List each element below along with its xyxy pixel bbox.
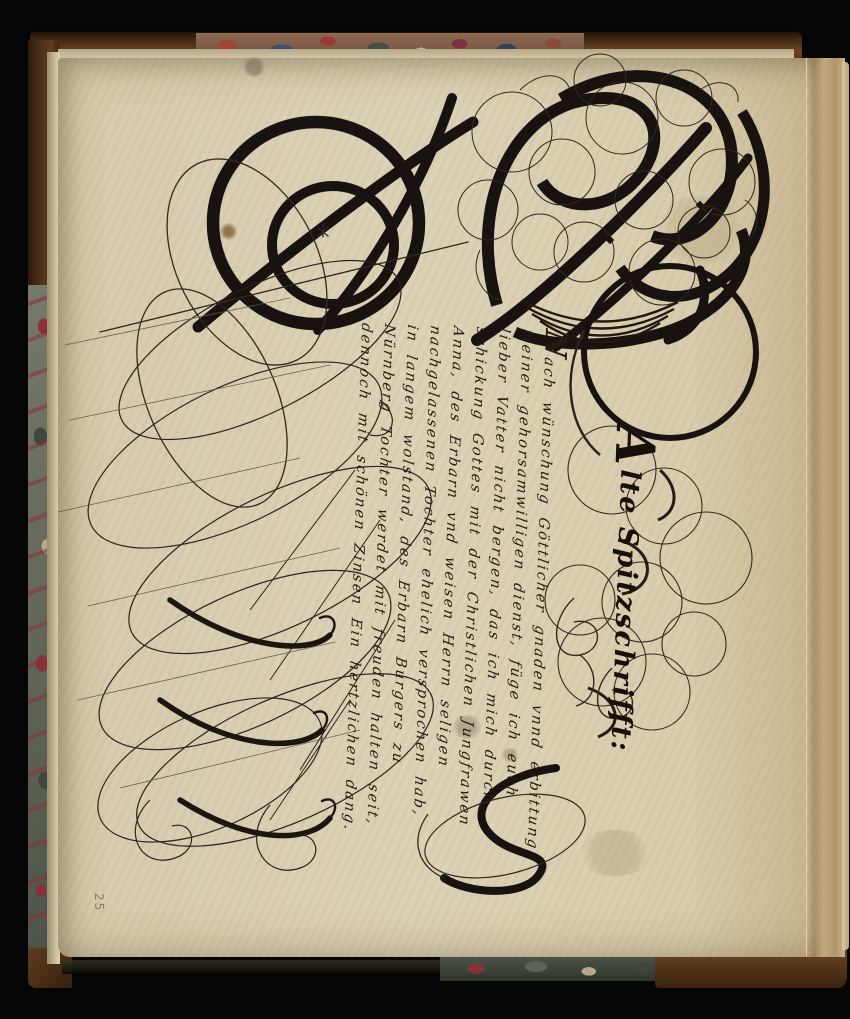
book-bottom-shadow-edge <box>62 960 442 974</box>
page-deckle-edge <box>842 62 849 950</box>
heading-text: lte Spitzschrifft: <box>605 469 646 753</box>
faint-stain <box>655 195 745 265</box>
smudge-stain <box>241 57 267 77</box>
marbled-paper-bottom-edge <box>440 957 680 981</box>
page-heading: Alte Spitzschrifft: <box>585 422 668 754</box>
heading-initial: A <box>602 423 668 471</box>
scan-background: Alte Spitzschrifft: Nach wünschung Göttl… <box>0 0 850 1019</box>
body-text-block: Nach wünschung Göttlicher gnaden vnnd er… <box>332 322 567 904</box>
page-gutter-fold <box>806 58 845 957</box>
pencil-folio-number: 25 <box>90 893 106 929</box>
ink-spot-stain <box>219 223 238 240</box>
faint-stain <box>575 830 655 876</box>
